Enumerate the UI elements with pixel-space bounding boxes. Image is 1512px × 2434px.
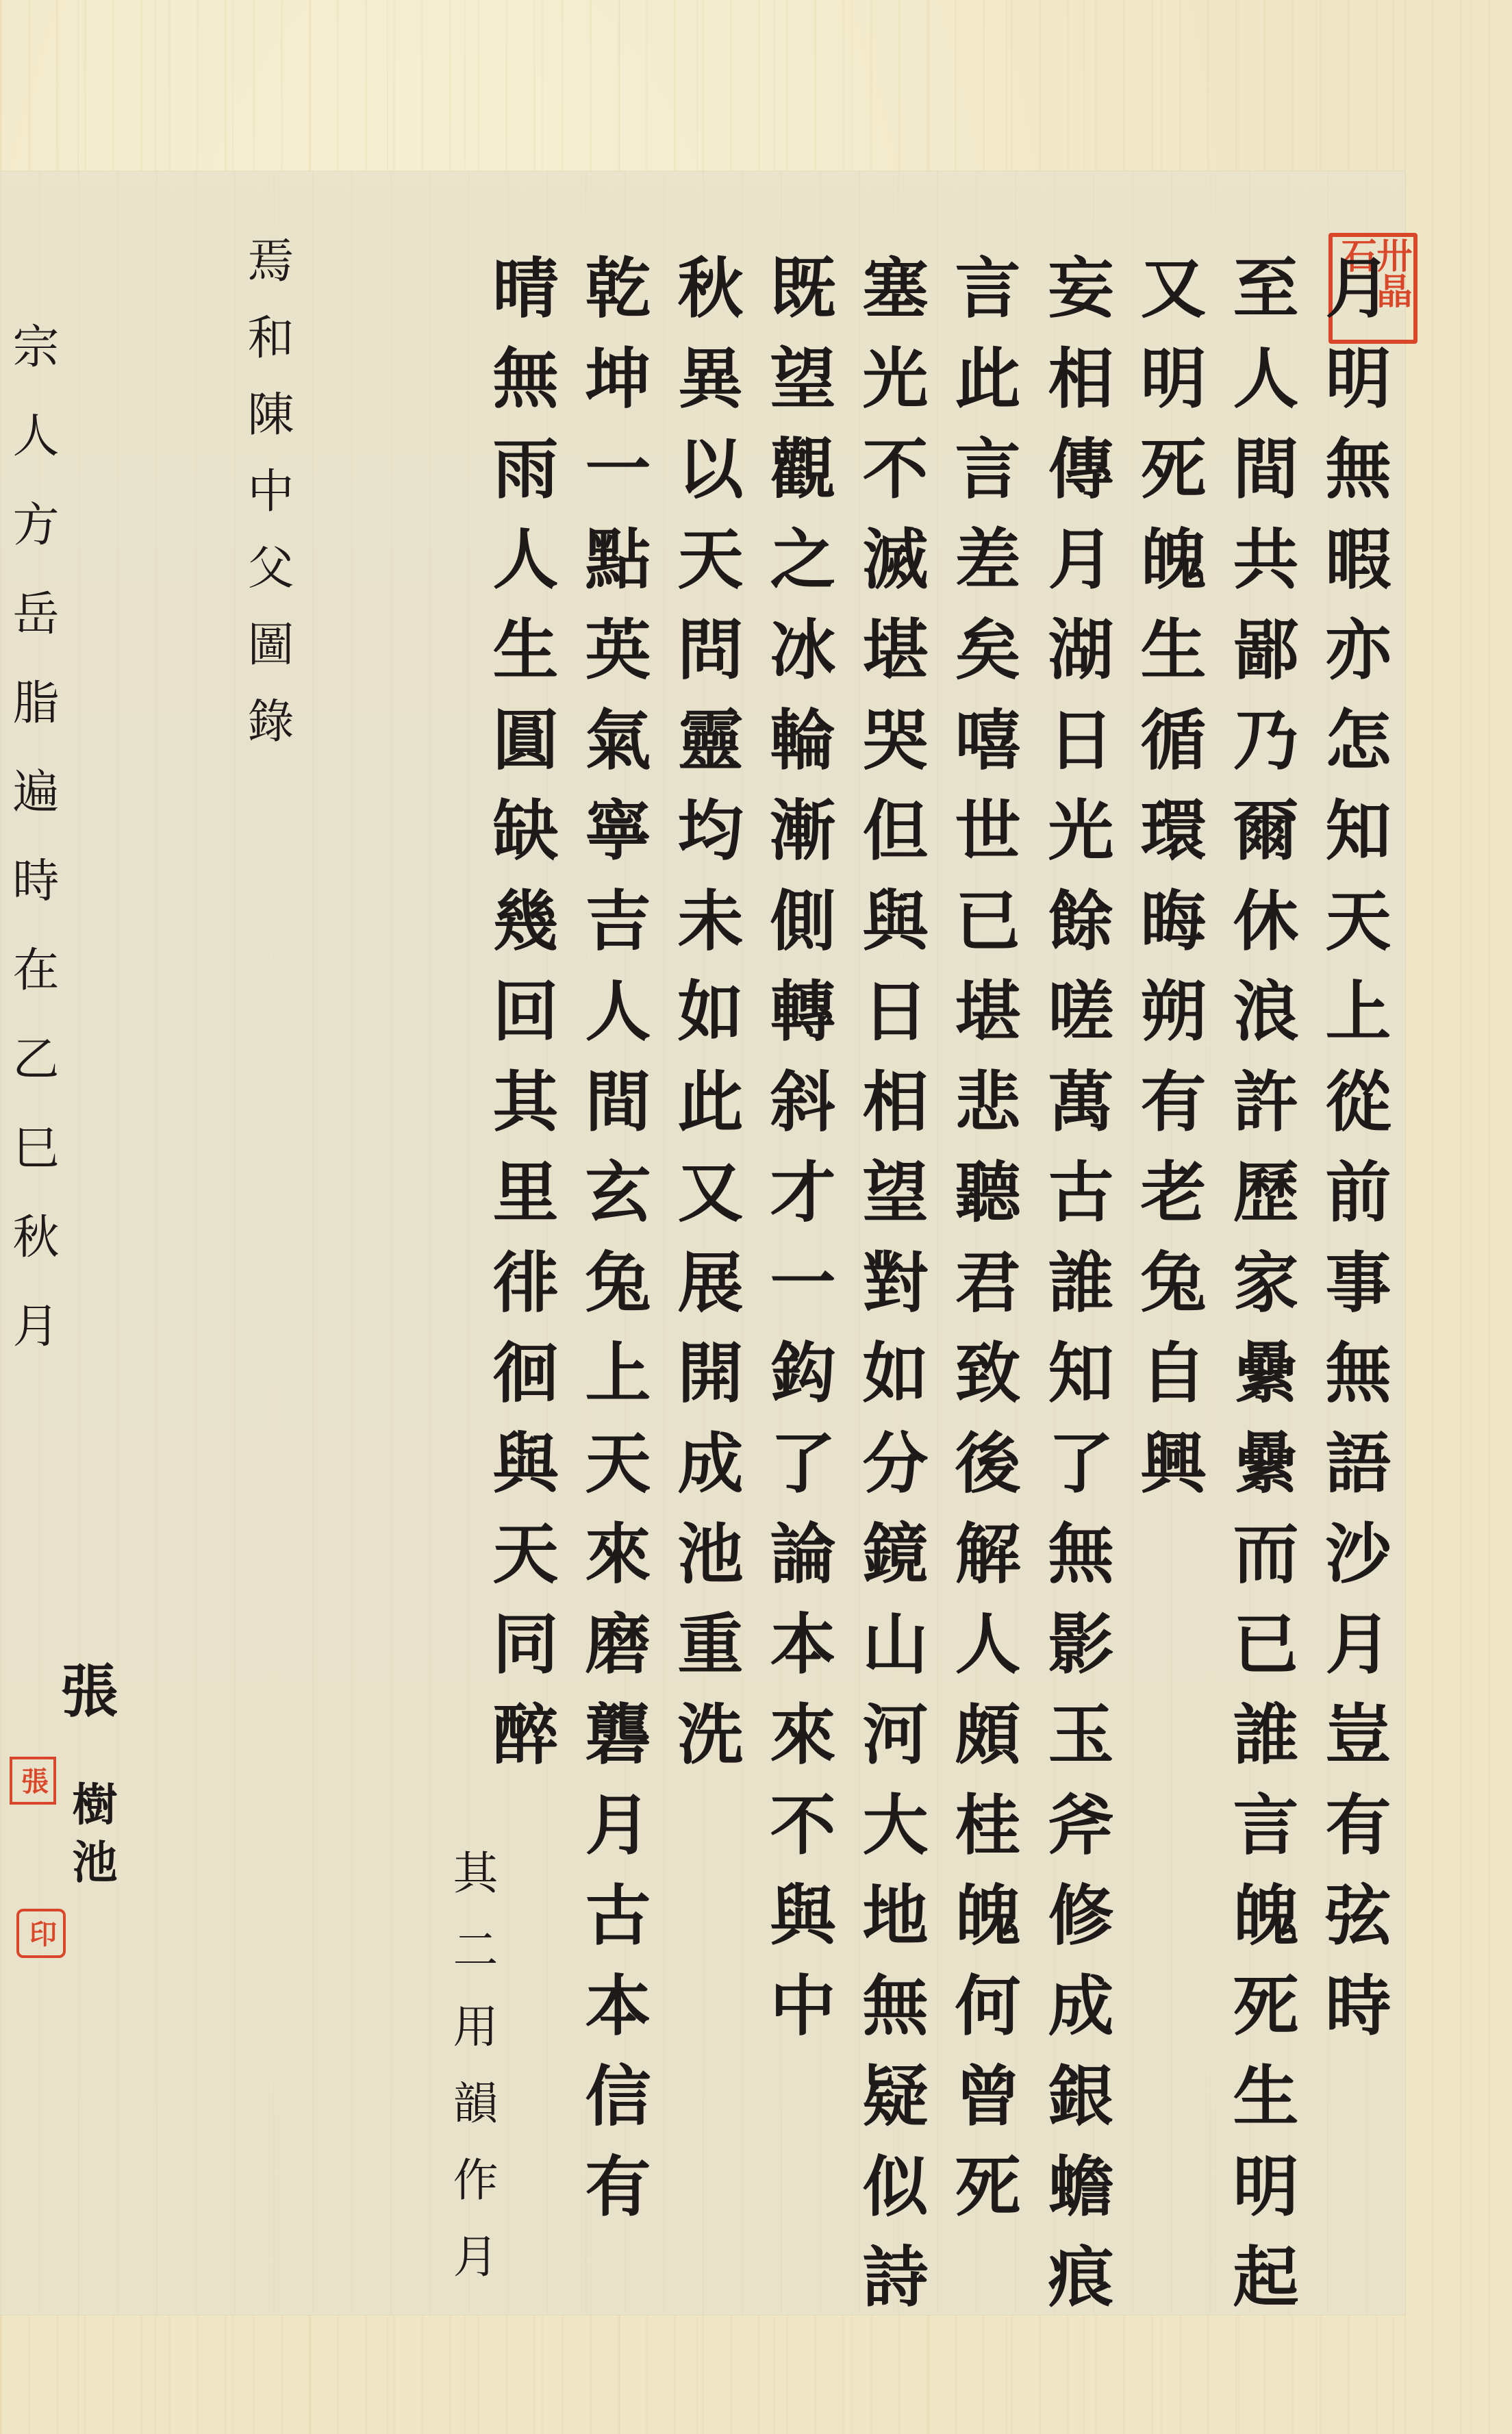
signature-name: 張 [44, 1661, 127, 1718]
text-column-3: 又明死魄生循環晦朔有老兔自興 [1135, 253, 1201, 1519]
signature-hao: 樹池 [59, 1781, 124, 1896]
artist-seal-2: 印 [16, 1909, 66, 1958]
text-column-1: 月明無暇亦怎知天上從前事無語沙月豈有弦時 [1320, 253, 1386, 2061]
colophon: 焉和陳中父圖錄 [243, 236, 290, 773]
text-column-8: 秋異以天問靈均未如此又展開成池重洗 [672, 253, 738, 1790]
text-column-9: 乾坤一點英氣寧吉人間玄兔上天來磨礱月古本信有 [580, 253, 646, 2242]
annotation-note: 其二用韻作月 [449, 1849, 494, 2309]
artist-seal-1: 張 [10, 1757, 56, 1805]
text-column-7: 既望觀之冰輪漸側轉斜才一鈎了論本來不與中 [765, 253, 831, 2061]
text-column-6: 塞光不滅堪哭但與日相望對如分鏡山河大地無疑似詩 [857, 253, 923, 2333]
text-column-4: 妄相傳月湖日光餘嗟萬古誰知了無影玉斧修成銀蟾痕 [1043, 253, 1109, 2333]
text-column-2: 至人間共鄙乃爾休浪許歷家纍纍而已誰言魄死生明起 [1228, 253, 1294, 2333]
inscription: 宗人方岳脂遍時在乙巳秋月 [8, 322, 55, 1390]
text-column-10: 晴無雨人生圓缺幾回其里徘徊與天同醉 [488, 253, 553, 1790]
text-column-5: 言此言差矣嘻世已堪悲聽君致後解人頗桂魄何曾死 [950, 253, 1016, 2242]
